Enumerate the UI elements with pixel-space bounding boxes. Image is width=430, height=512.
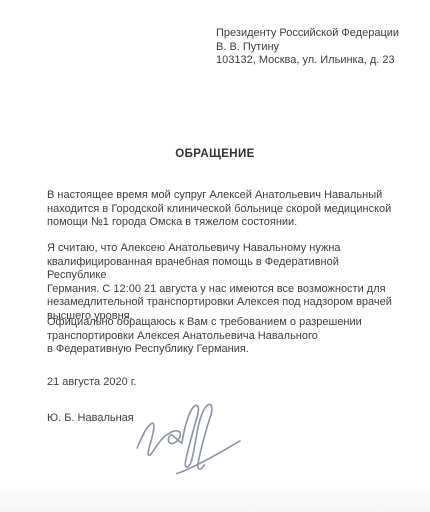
letter-document: Президенту Российской Федерации В. В. Пу…: [0, 0, 430, 512]
signer-name: Ю. Б. Навальная: [47, 412, 134, 424]
letter-title: ОБРАЩЕНИЕ: [0, 148, 430, 160]
recipient-block: Президенту Российской Федерации В. В. Пу…: [216, 27, 399, 68]
handwritten-signature-icon: [132, 401, 244, 485]
signature-stroke: [137, 423, 169, 455]
paragraph-current-condition: В настоящее время мой супруг Алексей Ана…: [47, 189, 392, 230]
recipient-line-3: 103132, Москва, ул. Ильинка, д. 23: [216, 54, 399, 68]
recipient-line-1: Президенту Российской Федерации: [216, 27, 399, 41]
letter-date: 21 августа 2020 г.: [47, 376, 136, 388]
paragraph-official-demand: Официально обращаюсь к Вам с требованием…: [47, 316, 392, 357]
paragraph-medical-help-request: Я считаю, что Алексею Анатольевичу Навал…: [47, 242, 392, 324]
signature-stroke: [168, 431, 182, 444]
recipient-line-2: В. В. Путину: [216, 41, 399, 55]
